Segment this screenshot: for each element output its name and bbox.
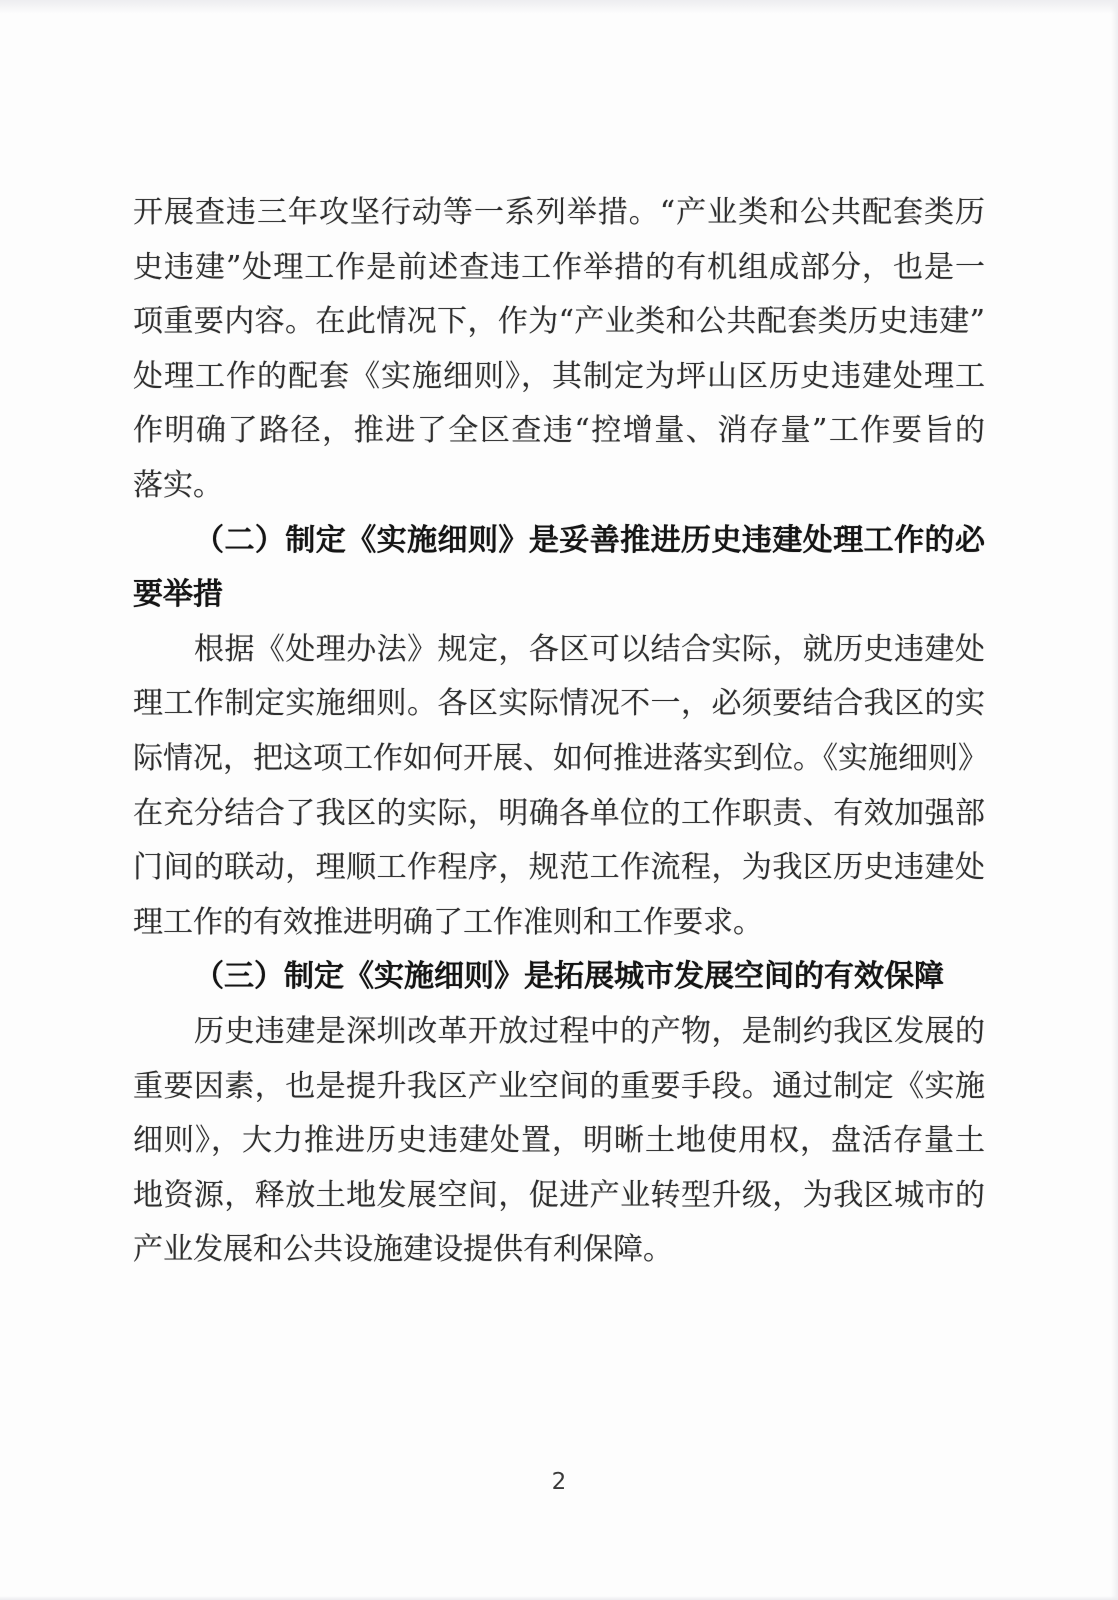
text-line: 开展查违三年攻坚行动等一系列举措。“产业类和公共配套类历: [133, 186, 985, 241]
text-line: 际情况，把这项工作如何开展、如何推进落实到位。《实施细则》: [133, 732, 985, 787]
text-line: 产业发展和公共设施建设提供有利保障。: [133, 1223, 985, 1278]
text-line: 落实。: [133, 459, 985, 514]
section-heading-line: （二）制定《实施细则》是妥善推进历史违建处理工作的必: [133, 514, 985, 569]
text-line: 历史违建是深圳改革开放过程中的产物，是制约我区发展的: [133, 1005, 985, 1060]
text-line: 史违建”处理工作是前述查违工作举措的有机组成部分，也是一: [133, 241, 985, 296]
text-line: 细则》，大力推进历史违建处置，明晰土地使用权，盘活存量土: [133, 1114, 985, 1169]
text-line: 门间的联动，理顺工作程序，规范工作流程，为我区历史违建处: [133, 841, 985, 896]
scan-artifact-right-edge: [1111, 0, 1118, 1600]
text-line: 重要因素，也是提升我区产业空间的重要手段。通过制定《实施: [133, 1060, 985, 1115]
scan-artifact-top-edge: [0, 0, 1118, 14]
section-heading-line: （三）制定《实施细则》是拓展城市发展空间的有效保障: [133, 950, 985, 1005]
text-line: 地资源，释放土地发展空间，促进产业转型升级，为我区城市的: [133, 1169, 985, 1224]
text-line: 项重要内容。在此情况下，作为“产业类和公共配套类历史违建”: [133, 295, 985, 350]
page-number: 2: [0, 1464, 1118, 1500]
section-heading-line: 要举措: [133, 568, 985, 623]
text-line: 处理工作的配套《实施细则》，其制定为坪山区历史违建处理工: [133, 350, 985, 405]
text-line: 理工作制定实施细则。各区实际情况不一，必须要结合我区的实: [133, 677, 985, 732]
scanned-document-page: 开展查违三年攻坚行动等一系列举措。“产业类和公共配套类历 史违建”处理工作是前述…: [0, 0, 1118, 1600]
document-text-block: 开展查违三年攻坚行动等一系列举措。“产业类和公共配套类历 史违建”处理工作是前述…: [133, 186, 985, 1278]
text-line: 作明确了路径，推进了全区查违“控增量、消存量”工作要旨的: [133, 404, 985, 459]
text-line: 根据《处理办法》规定，各区可以结合实际，就历史违建处: [133, 623, 985, 678]
text-line: 在充分结合了我区的实际，明确各单位的工作职责、有效加强部: [133, 787, 985, 842]
scan-artifact-bottom-edge: [0, 1596, 1118, 1600]
text-line: 理工作的有效推进明确了工作准则和工作要求。: [133, 896, 985, 951]
